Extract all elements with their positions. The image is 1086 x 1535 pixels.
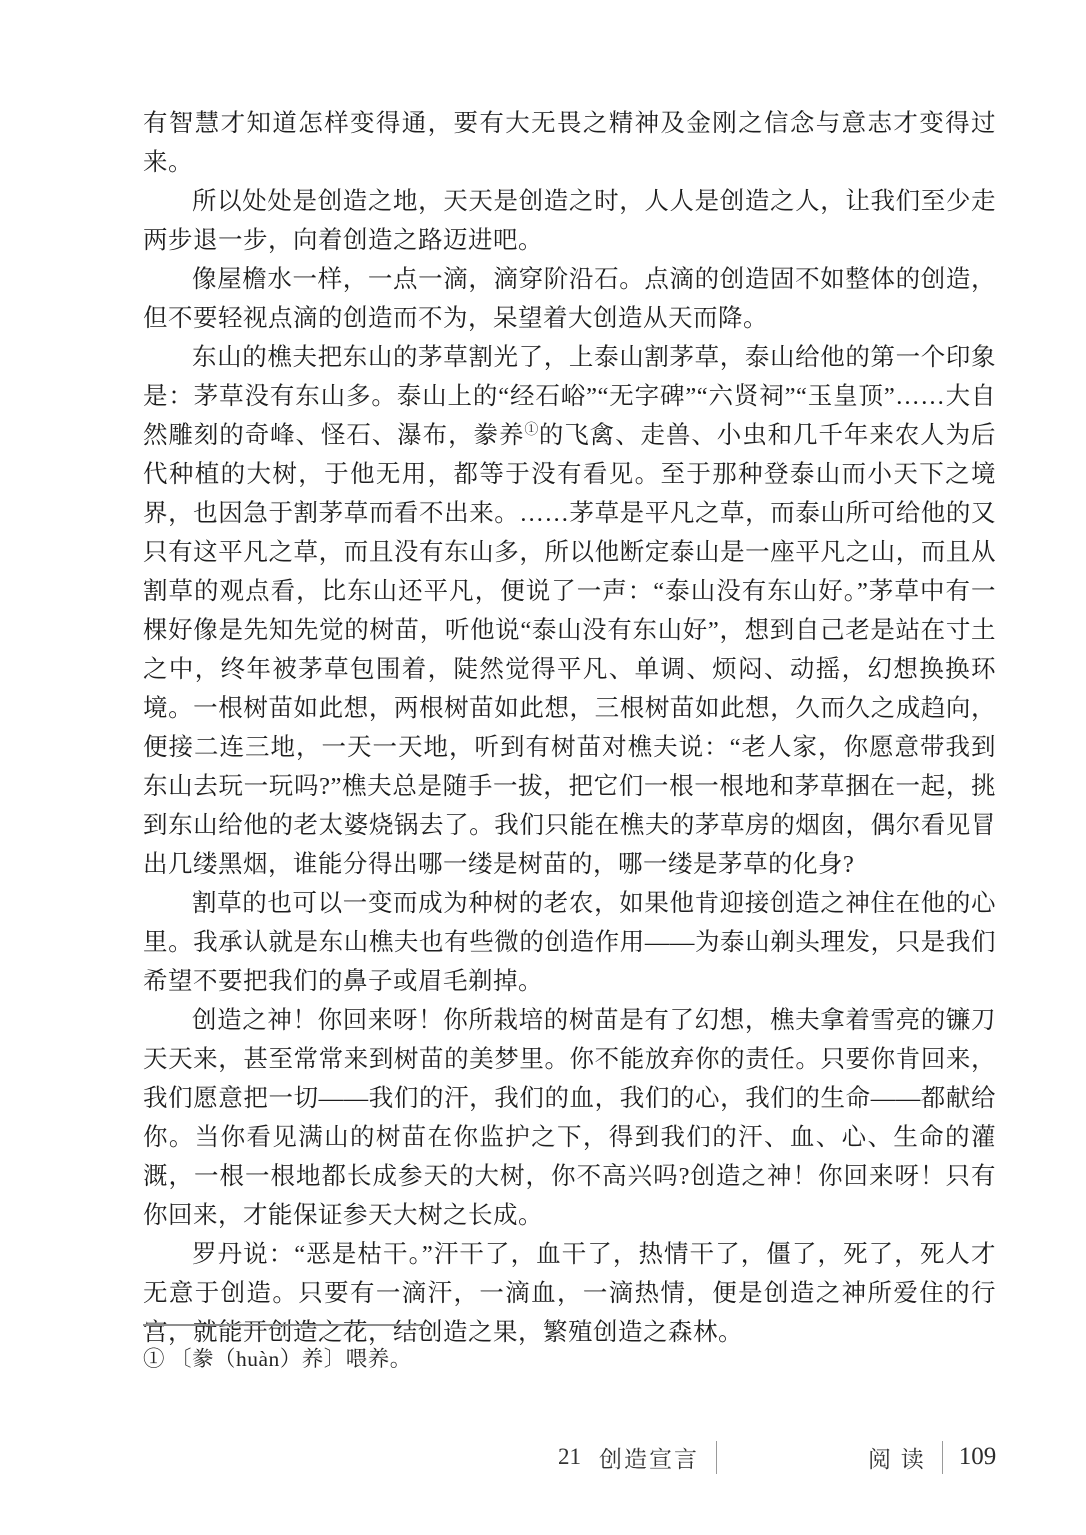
- section-label: 阅 读: [868, 1441, 926, 1474]
- footer-divider: [942, 1441, 943, 1474]
- paragraph: 像屋檐水一样，一点一滴，滴穿阶沿石。点滴的创造固不如整体的创造，但不要轻视点滴的…: [143, 260, 996, 338]
- paragraph: 割草的也可以一变而成为种树的老农，如果他肯迎接创造之神住在他的心里。我承认就是东…: [143, 884, 996, 1001]
- footer-divider: [716, 1441, 717, 1474]
- footnote-block: ①〔豢（huàn）养〕喂养。: [143, 1324, 996, 1374]
- textbook-page: 有智慧才知道怎样变得通，要有大无畏之精神及金刚之信念与意志才变得过来。 所以处处…: [0, 0, 1086, 1535]
- footnote-reference-marker: ①: [524, 423, 538, 438]
- paragraph-text: 的飞禽、走兽、小虫和几千年来农人为后代种植的大树，于他无用，都等于没有看见。至于…: [143, 422, 996, 878]
- footer-lesson-info: 21 创造宣言: [558, 1440, 717, 1474]
- page-number: 109: [959, 1443, 997, 1471]
- footnote-separator-rule: [143, 1324, 425, 1326]
- paragraph: 所以处处是创造之地，天天是创造之时，人人是创造之人，让我们至少走两步退一步，向着…: [143, 182, 996, 260]
- lesson-body-text: 有智慧才知道怎样变得通，要有大无畏之精神及金刚之信念与意志才变得过来。 所以处处…: [143, 104, 996, 1352]
- footnote-marker: ①: [143, 1347, 165, 1371]
- footer-section-info: 阅 读 109: [868, 1440, 996, 1474]
- lesson-title: 创造宣言: [599, 1441, 699, 1474]
- footnote-definition: 〔豢（huàn）养〕喂养。: [170, 1347, 412, 1371]
- paragraph: 创造之神！你回来呀！你所栽培的树苗是有了幻想，樵夫拿着雪亮的镰刀天天来，甚至常常…: [143, 1001, 996, 1235]
- paragraph: 东山的樵夫把东山的茅草割光了，上泰山割茅草，泰山给他的第一个印象是：茅草没有东山…: [143, 338, 996, 884]
- footnote-text: ①〔豢（huàn）养〕喂养。: [143, 1344, 996, 1374]
- paragraph-continuation: 有智慧才知道怎样变得通，要有大无畏之精神及金刚之信念与意志才变得过来。: [143, 104, 996, 182]
- lesson-number: 21: [558, 1444, 581, 1470]
